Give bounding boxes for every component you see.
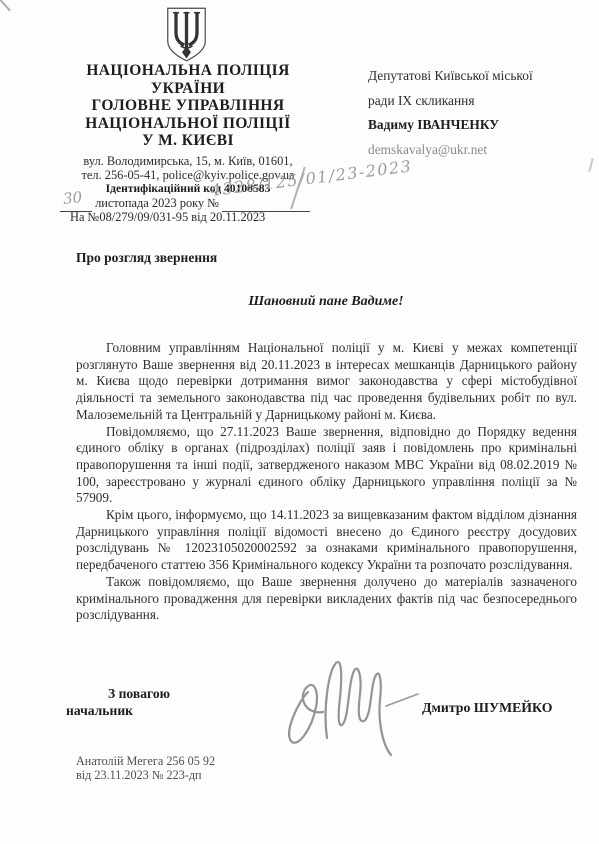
recipient-email: demskavalya@ukr.net [368,138,578,163]
recipient-title-line: ради ІХ скликання [368,89,578,114]
body-paragraph: Крім цього, інформуємо, що 14.11.2023 за… [76,507,577,574]
signer-position: начальник [66,703,133,719]
letter-body: Головним управлінням Національної поліці… [76,340,577,624]
ukraine-trident-emblem-icon [163,6,210,63]
outgoing-doc-ref: від 23.11.2023 № 223-дп [76,768,202,783]
org-name-block: НАЦІОНАЛЬНА ПОЛІЦІЯ УКРАЇНИ ГОЛОВНЕ УПРА… [60,62,316,150]
body-paragraph: Також повідомляємо, що Ваше звернення до… [76,574,577,624]
signer-name: Дмитро ШУМЕЙКО [422,700,552,716]
body-paragraph: Повідомляємо, що 27.11.2023 Ваше звернен… [76,424,577,508]
org-name-line: ГОЛОВНЕ УПРАВЛІННЯ [60,97,316,115]
closing-phrase: З повагою [108,686,170,702]
recipient-block: Депутатові Київської міської ради ІХ скл… [368,64,578,162]
recipient-name: Вадиму ІВАНЧЕНКУ [368,113,578,138]
executor-line: Анатолій Мегега 256 05 92 [76,754,215,769]
trident-base [182,47,191,59]
scan-artifact-corner [0,0,11,11]
org-name-line: НАЦІОНАЛЬНА ПОЛІЦІЯ [60,62,316,80]
recipient-title-line: Депутатові Київської міської [368,64,578,89]
scan-artifact-edge [588,158,593,172]
signature-dash-stroke [384,690,420,710]
handwritten-day: 30 [62,188,83,208]
org-name-line: НАЦІОНАЛЬНОЇ ПОЛІЦІЇ [60,115,316,133]
date-line-printed: листопада 2023 року № [95,196,219,210]
scanned-letter-page: НАЦІОНАЛЬНА ПОЛІЦІЯ УКРАЇНИ ГОЛОВНЕ УПРА… [0,0,599,844]
salutation: Шановний пане Вадиме! [76,294,576,310]
body-paragraph: Головним управлінням Національної поліці… [76,340,577,424]
org-name-line: У М. КИЄВІ [60,132,316,150]
incoming-reference-line: На №08/279/09/031-95 від 20.11.2023 [70,210,265,225]
subject-line: Про розгляд звернення [76,250,217,266]
address-line: вул. Володимирська, 15, м. Київ, 01601, [60,155,316,169]
org-name-line: УКРАЇНИ [60,80,316,98]
